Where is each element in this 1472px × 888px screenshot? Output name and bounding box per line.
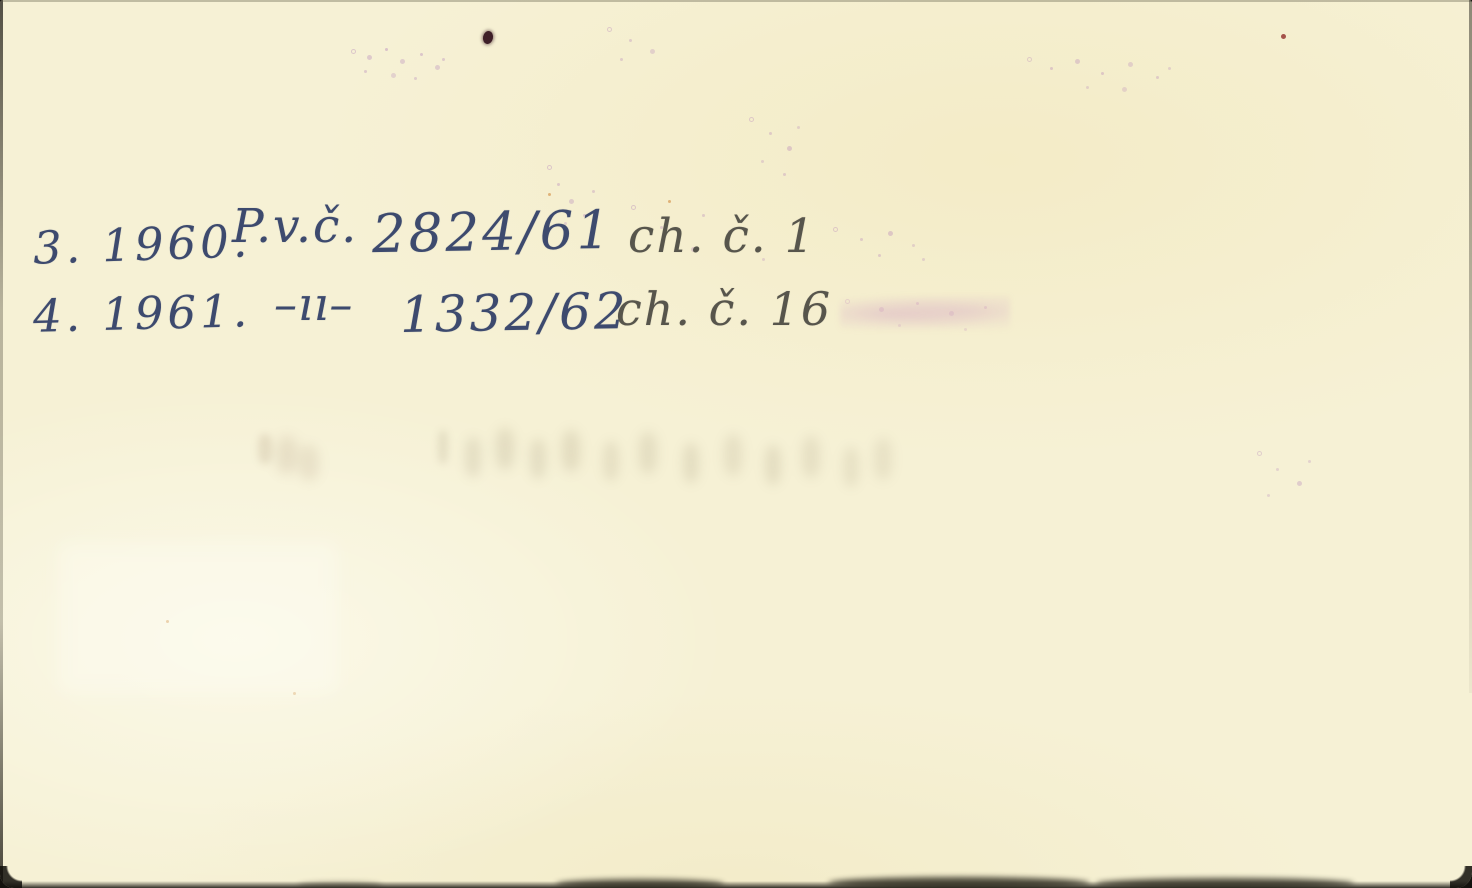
purple-stain-cluster	[608, 28, 611, 31]
ghost-bleed-text	[258, 434, 272, 464]
entry-1-series: P.v.č.	[232, 203, 358, 250]
ghost-pink-smear	[840, 296, 1010, 332]
entry-1-note: ch. č. 1	[628, 213, 817, 260]
bottom-card-shadow	[556, 879, 724, 888]
orange-speck	[668, 200, 671, 203]
purple-stain-cluster	[750, 118, 753, 121]
entry-2-ditto-mark: –ıı–	[274, 281, 353, 327]
scan-edge-top	[0, 0, 1472, 2]
purple-stain-cluster	[548, 166, 551, 169]
entry-2-date: 4. 1961.	[32, 288, 251, 339]
archive-card-scan: 3. 1960. P.v.č. 2824/61 ch. č. 1 4. 1961…	[0, 0, 1472, 888]
rounded-corner-bottom-left	[0, 866, 22, 888]
bottom-card-shadow	[828, 877, 1090, 888]
entry-2-note: ch. č. 16	[616, 286, 832, 332]
entry-1-date: 3. 1960.	[32, 218, 252, 271]
orange-speck	[166, 620, 169, 623]
rounded-corner-bottom-right	[1450, 866, 1472, 888]
entry-1-number: 2824/61	[372, 204, 614, 261]
bottom-card-shadow	[298, 882, 382, 888]
entry-2-number: 1332/62	[400, 286, 630, 340]
purple-stain-cluster	[834, 228, 837, 231]
orange-speck	[293, 692, 296, 695]
red-speck	[1281, 34, 1286, 39]
ghost-bleed-text	[438, 430, 448, 464]
purple-stain-cluster	[352, 50, 355, 53]
bottom-card-shadow	[1096, 878, 1354, 888]
paper-light-patch	[58, 542, 338, 694]
purple-stain-cluster	[1258, 452, 1261, 455]
scan-edge-left	[0, 0, 3, 888]
purple-stain-cluster	[1028, 58, 1031, 61]
ink-blot	[482, 30, 494, 45]
orange-speck	[548, 193, 551, 196]
